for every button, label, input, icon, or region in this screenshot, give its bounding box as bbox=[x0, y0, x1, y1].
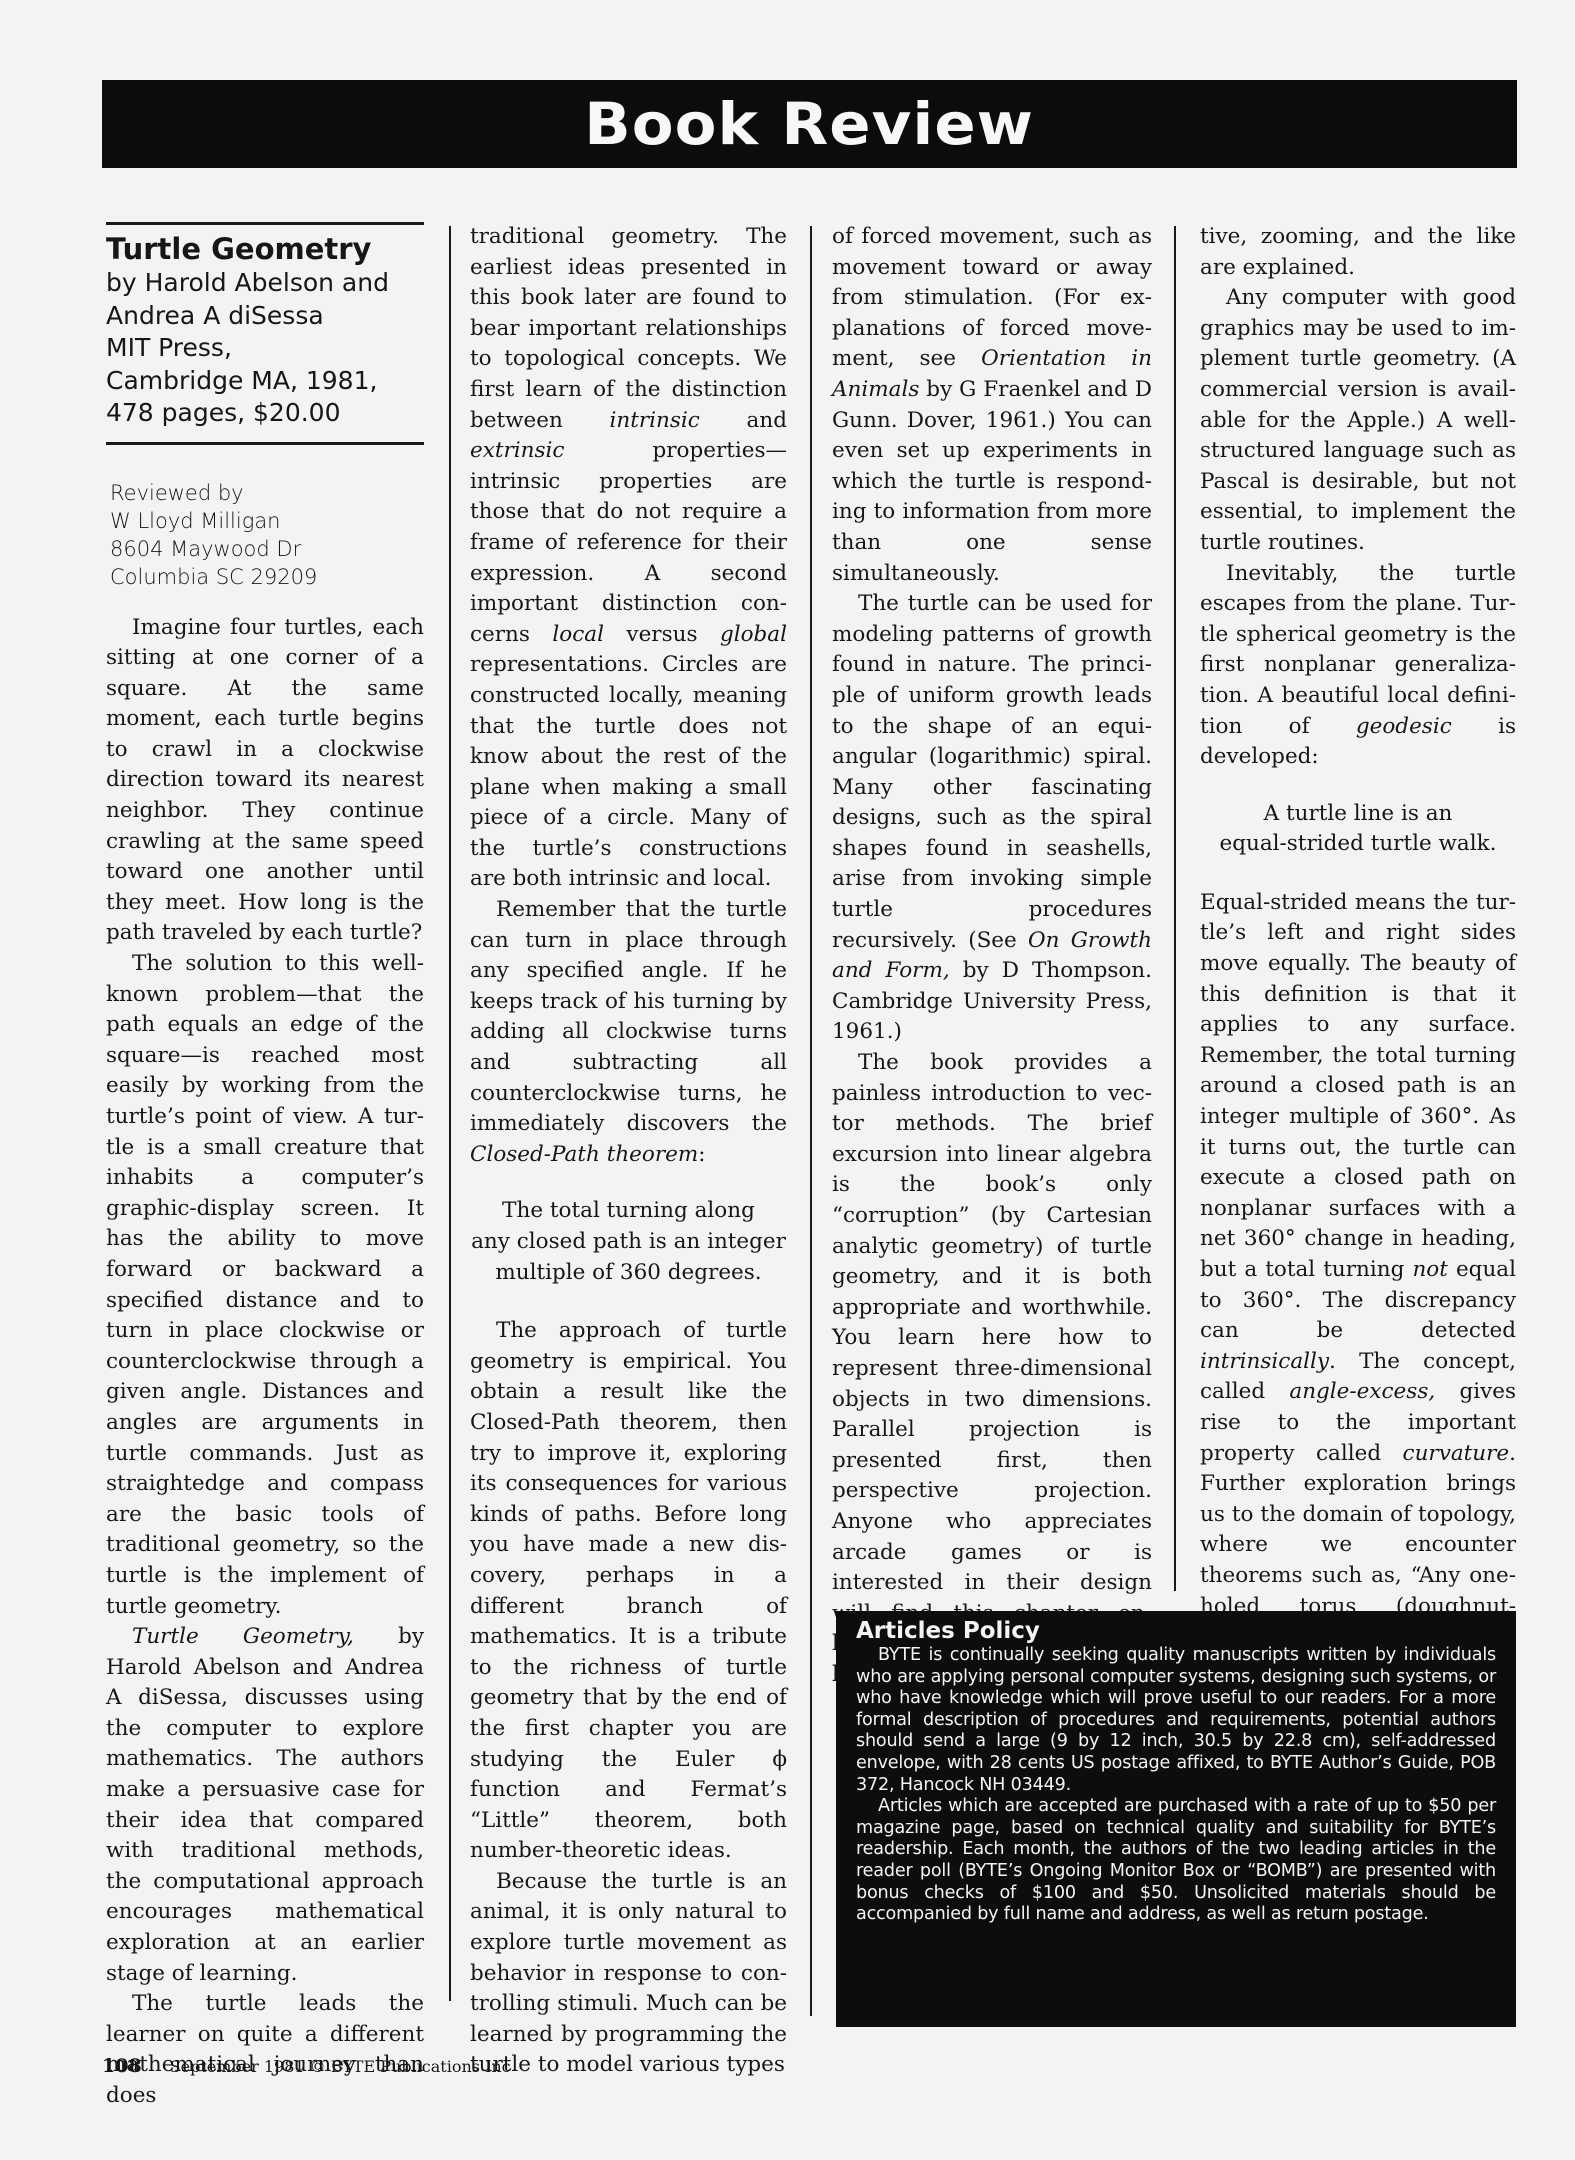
paragraph: Equal-strided means the tur­tle’s left a… bbox=[1200, 888, 1516, 1683]
reviewer-street: 8604 Maywood Dr bbox=[110, 535, 424, 563]
closed-path-theorem-quote: The total turning along any closed path … bbox=[470, 1196, 787, 1288]
paragraph: tive, zooming, and the like are explaine… bbox=[1200, 222, 1516, 283]
column-4: tive, zooming, and the like are explaine… bbox=[1200, 222, 1516, 1683]
paragraph: The approach of turtle geometry is empir… bbox=[470, 1316, 787, 1867]
paragraph: Inevitably, the turtle escapes from the … bbox=[1200, 559, 1516, 773]
reviewer-label: Reviewed by bbox=[110, 479, 424, 507]
section-banner: Book Review bbox=[102, 80, 1517, 168]
policy-paragraph: Articles which are accepted are purchase… bbox=[856, 1796, 1496, 1926]
reviewer-city: Columbia SC 29209 bbox=[110, 563, 424, 591]
book-authors-line-2: Andrea A diSessa bbox=[106, 300, 424, 333]
reviewer-block: Reviewed by W Lloyd Milligan 8604 Maywoo… bbox=[110, 479, 424, 591]
book-info-box: Turtle Geometry by Harold Abelson and An… bbox=[106, 222, 424, 591]
paragraph: traditional geometry. The earliest ideas… bbox=[470, 222, 787, 895]
top-rule bbox=[106, 222, 424, 225]
book-title-italic: Turtle Geometry, bbox=[132, 1624, 354, 1649]
geodesic-definition-quote: A turtle line is an equal-strided turtle… bbox=[1200, 799, 1516, 860]
page-number: 108 bbox=[102, 2055, 142, 2077]
section-title: Book Review bbox=[585, 90, 1035, 158]
page-footer: 108 September 1981 © BYTE Publications I… bbox=[102, 2055, 511, 2077]
paragraph: Because the turtle is an animal, it is o… bbox=[470, 1867, 787, 2081]
paragraph: Remember that the turtle can turn in pla… bbox=[470, 895, 787, 1170]
paragraph: Any computer with good graphics may be u… bbox=[1200, 283, 1516, 558]
paragraph: The book provides a painless introductio… bbox=[832, 1048, 1152, 1690]
paragraph: The turtle can be used for modeling patt… bbox=[832, 589, 1152, 1048]
footer-credit: September 1981 © BYTE Publications Inc bbox=[170, 2057, 511, 2076]
column-divider bbox=[449, 226, 451, 2001]
paragraph: The solution to this well-known problem—… bbox=[106, 949, 424, 1622]
book-title: Turtle Geometry bbox=[106, 231, 424, 267]
column-3: of forced movement, such as movement tow… bbox=[832, 222, 1152, 1691]
book-authors-line-1: by Harold Abelson and bbox=[106, 267, 424, 300]
column-2: traditional geometry. The earliest ideas… bbox=[470, 222, 787, 2081]
policy-title: Articles Policy bbox=[856, 1617, 1496, 1645]
book-publisher: MIT Press, bbox=[106, 332, 424, 365]
policy-paragraph: BYTE is continually seeking quality manu… bbox=[856, 1645, 1496, 1796]
paragraph: The turtle leads the learner on quite a … bbox=[106, 1989, 424, 2111]
paragraph: Turtle Geometry, by Harold Abelson and A… bbox=[106, 1622, 424, 1989]
articles-policy-box: Articles Policy BYTE is continually seek… bbox=[836, 1611, 1516, 2027]
book-metadata: by Harold Abelson and Andrea A diSessa M… bbox=[106, 267, 424, 442]
reviewer-name: W Lloyd Milligan bbox=[110, 507, 424, 535]
bottom-rule bbox=[106, 442, 424, 445]
book-pages-price: 478 pages, $20.00 bbox=[106, 397, 424, 430]
column-1: Turtle Geometry by Harold Abelson and An… bbox=[106, 222, 424, 2112]
column-divider bbox=[810, 226, 812, 2016]
book-place-year: Cambridge MA, 1981, bbox=[106, 365, 424, 398]
column-divider bbox=[1174, 226, 1176, 1591]
paragraph: of forced movement, such as movement tow… bbox=[832, 222, 1152, 589]
paragraph: Imagine four turtles, each sitting at on… bbox=[106, 613, 424, 950]
